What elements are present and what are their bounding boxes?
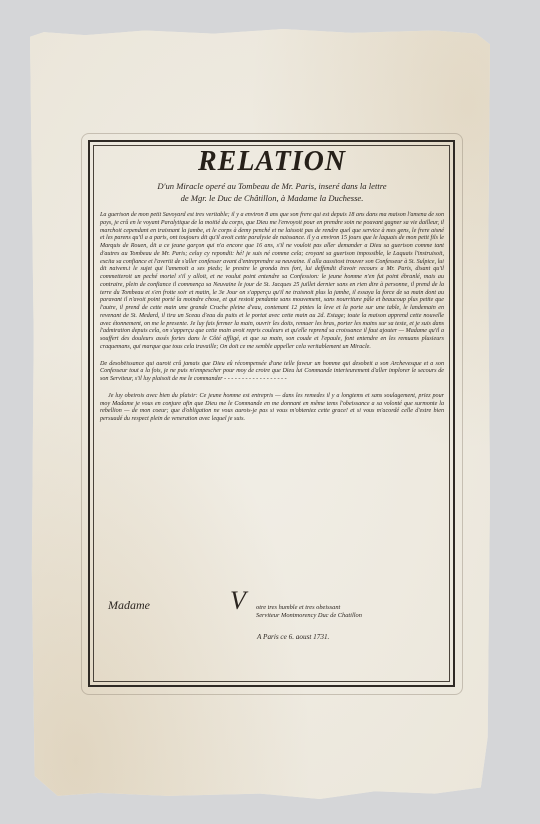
paragraph-miracle-account: La guerison de mon petit Savoyard est tr… [100,212,444,352]
salutation: Madame [108,598,150,613]
signature-line: Serviteur Montmorency Duc de Chatillon [256,612,362,620]
subtitle-line: D'un Miracle operé au Tombeau de Mr. Par… [100,180,444,192]
document-subtitle: D'un Miracle operé au Tombeau de Mr. Par… [100,180,444,204]
paragraph-closing: Je luy obeirois avec bien du plaisir: Ce… [100,393,444,424]
document-title: RELATION [100,146,444,178]
document-body: RELATION D'un Miracle operé au Tombeau d… [100,146,444,424]
signature-block: otre tres humble et tres obeissant Servi… [256,604,362,620]
paragraph-disobedience: De desobëissance qui auroit crû jamais q… [100,361,444,384]
signature-line: otre tres humble et tres obeissant [256,604,362,612]
subtitle-line: de Mgr. le Duc de Châtillon, à Madame la… [100,192,444,204]
dateline: A Paris ce 6. aoust 1731. [257,633,329,641]
signature-initial: V [230,588,246,614]
